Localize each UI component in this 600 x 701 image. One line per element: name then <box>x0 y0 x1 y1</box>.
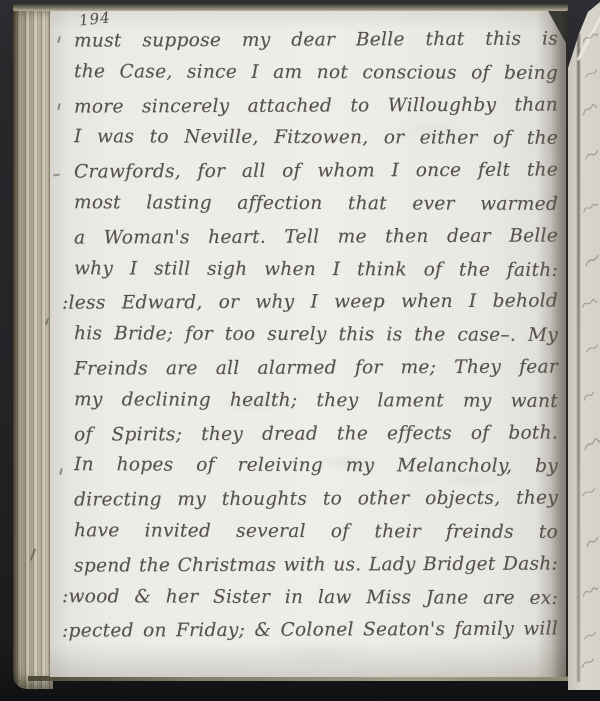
facing-page-ink-fragment <box>580 654 597 669</box>
facing-page-ink-fragment <box>583 67 600 81</box>
gutter-crease <box>577 34 580 682</box>
manuscript-line: his Bride; for too surely this is the ca… <box>74 317 558 351</box>
facing-page-ink-fragment <box>581 102 598 117</box>
facing-page-ink-fragment <box>582 30 599 45</box>
manuscript-line: I was to Neville, Fitzowen, or either of… <box>74 121 558 155</box>
manuscript-line: In hopes of releiving my Melancholy, by <box>74 449 558 483</box>
facing-page-ink-fragment <box>584 341 600 355</box>
facing-page-ink-fragment <box>582 388 599 403</box>
manuscript-line: :less Edward, or why I weep when I behol… <box>74 285 558 320</box>
facing-page-ink-fragment <box>583 249 600 269</box>
manuscript-line: most lasting affection that ever warmed <box>74 186 558 220</box>
manuscript-line: a Woman's heart. Tell me then dear Belle <box>74 219 558 254</box>
book-page-stack <box>13 7 53 689</box>
facing-page-ink-fragment <box>581 296 598 311</box>
facing-page-ink-fragment <box>581 201 599 215</box>
photo-backdrop: 194 must suppose my dear Belle that this… <box>0 0 600 701</box>
facing-page-ink-fragment <box>582 629 600 643</box>
manuscript-line: why I still sigh when I think of the fai… <box>74 252 558 286</box>
manuscript-line: the Case, since I am not conscious of be… <box>74 55 558 89</box>
manuscript-text: must suppose my dear Belle that this is … <box>74 23 558 646</box>
facing-page-ink-fragment <box>583 433 600 453</box>
manuscript-line: have invited several of their freinds to <box>74 514 558 548</box>
manuscript-line: more sincerely attached to Willoughby th… <box>74 88 558 123</box>
manuscript-line: :wood & her Sister in law Miss Jane are … <box>74 580 558 614</box>
manuscript-line: of Spirits; they dread the effects of bo… <box>74 416 558 451</box>
manuscript-line: spend the Christmas with us. Lady Bridge… <box>74 547 558 582</box>
manuscript-line: must suppose my dear Belle that this is <box>74 22 558 57</box>
facing-page-ink-fragment <box>580 485 598 499</box>
facing-page-ink-fragment <box>584 143 600 163</box>
facing-page-ink-fragment <box>584 531 600 551</box>
manuscript-line: :pected on Friday; & Colonel Seaton's fa… <box>74 613 558 648</box>
manuscript-line: Crawfords, for all of whom I once felt t… <box>74 154 558 189</box>
manuscript-line: Freinds are all alarmed for me; They fea… <box>74 350 558 385</box>
facing-page-ink-fragment <box>582 584 599 599</box>
manuscript-line: my declining health; they lament my want <box>74 383 558 417</box>
manuscript-line: directing my thoughts to other objects, … <box>74 482 558 517</box>
